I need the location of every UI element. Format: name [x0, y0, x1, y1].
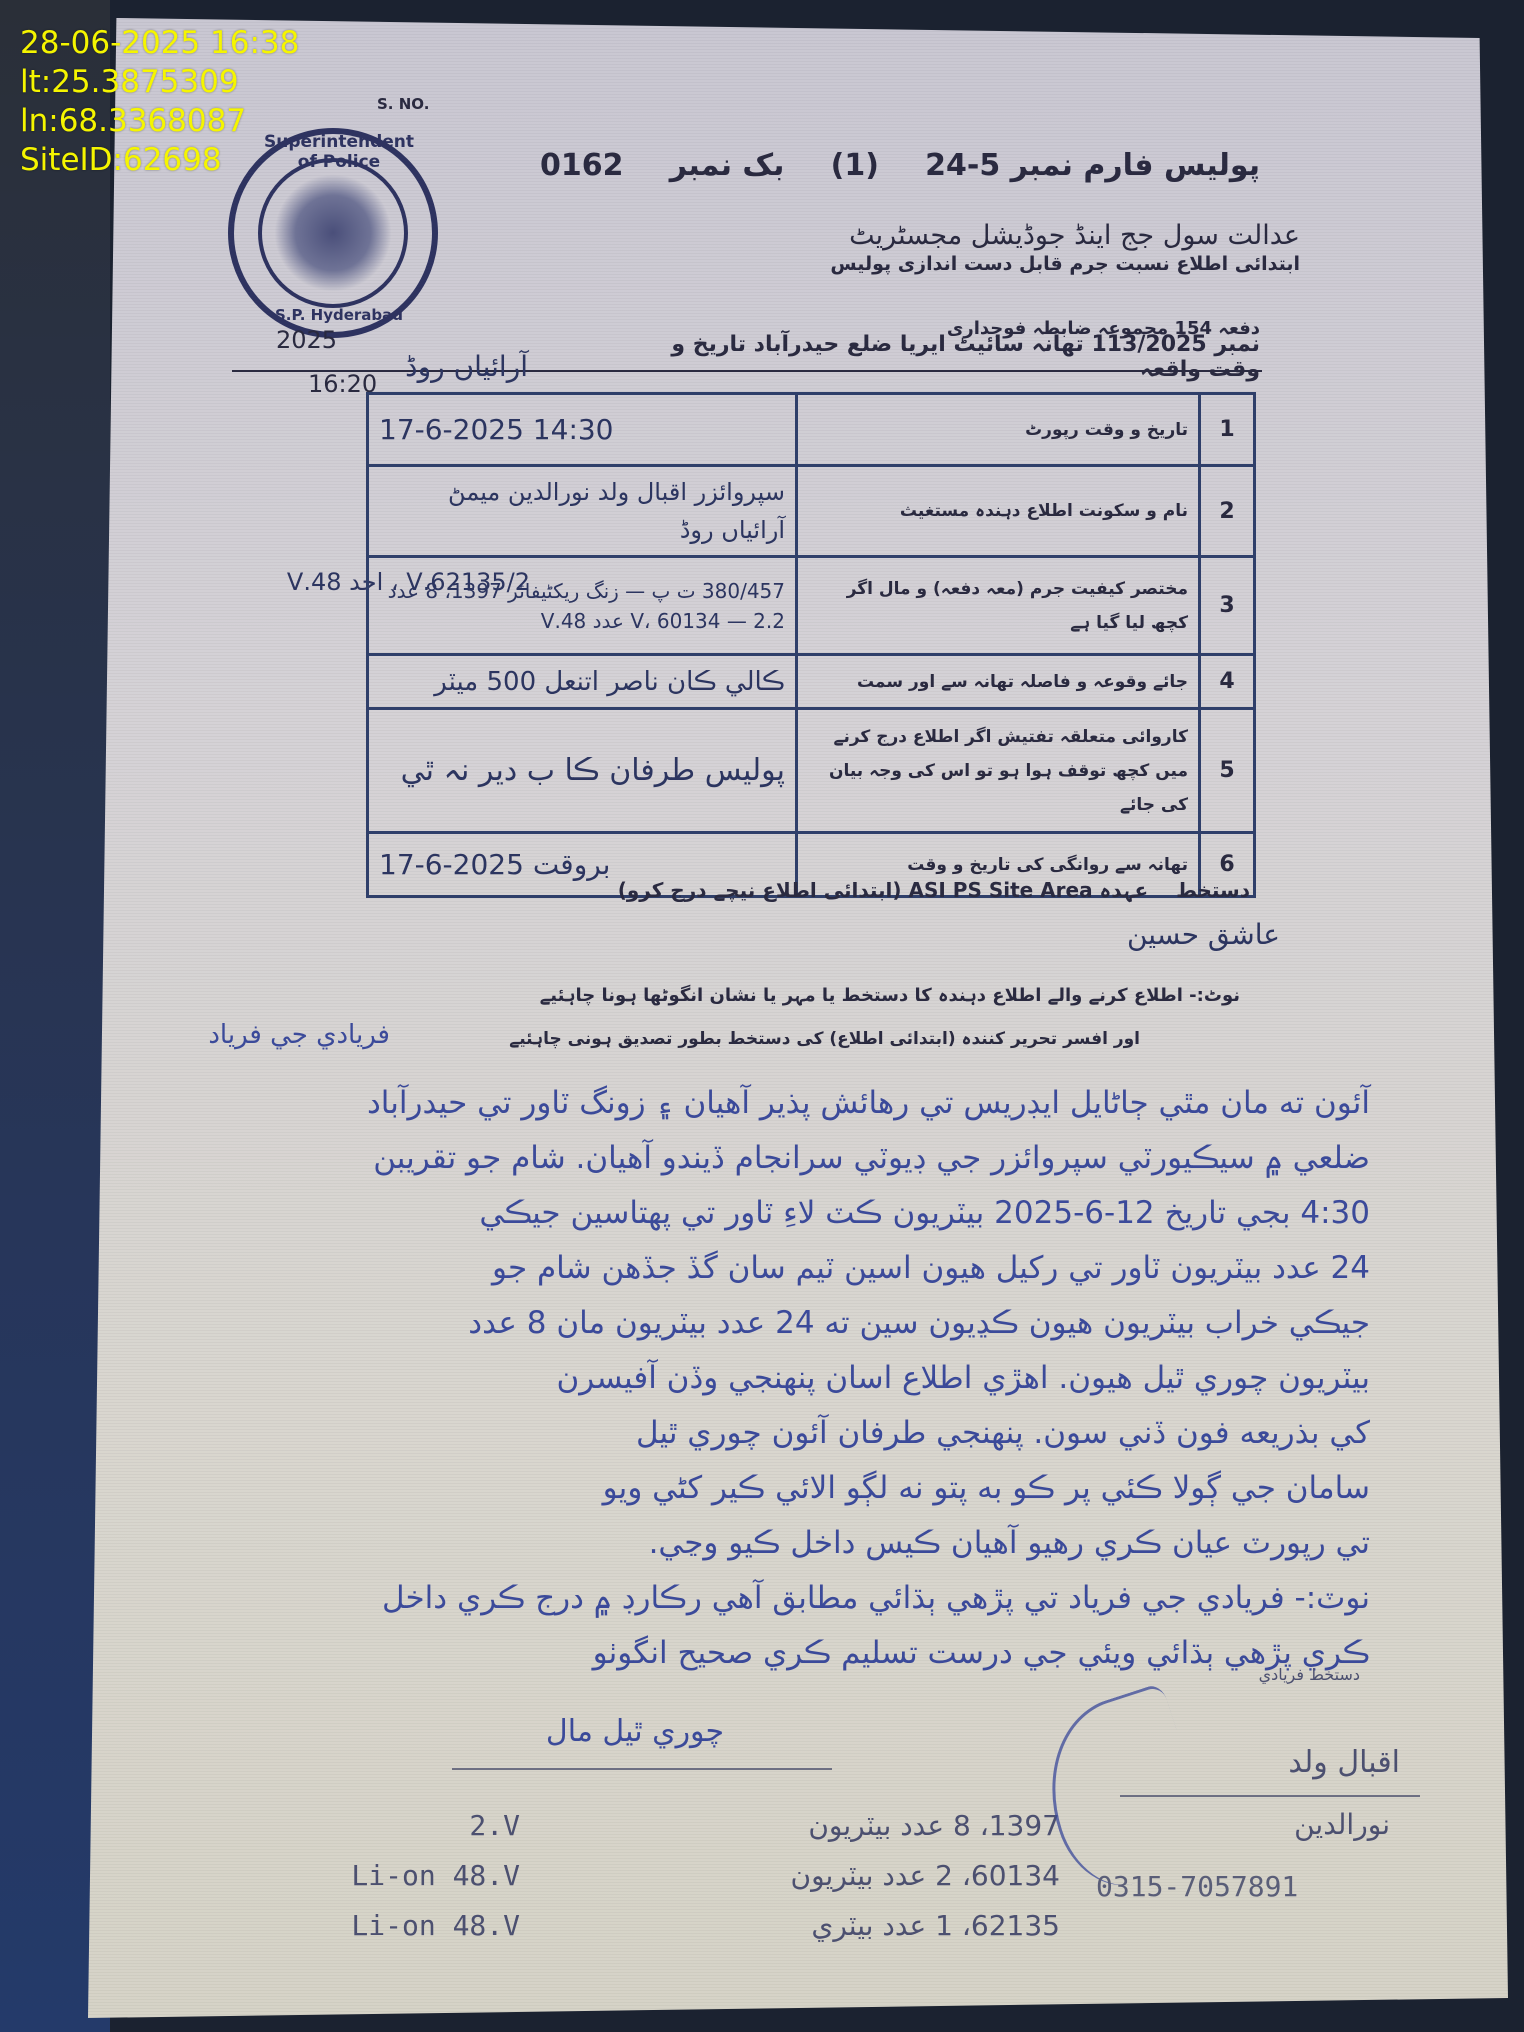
- stolen-property-title: چوري ٿيل مال: [470, 1714, 800, 1749]
- stolen-title-underline: [452, 1768, 832, 1770]
- officer-designation-row: دستخط عہدہ ASI PS Site Area (ابتدائی اطل…: [350, 878, 1250, 902]
- signature-rule: [1120, 1795, 1420, 1797]
- table-row: 5 کاروائی متعلقہ تفتیش اگر اطلاع درج کرن…: [368, 709, 1255, 833]
- officer-designation: عہدہ ASI PS Site Area (ابتدائی اطلاع نیچ…: [618, 878, 1149, 902]
- row-question: کاروائی متعلقہ تفتیش اگر اطلاع درج کرنے …: [797, 709, 1200, 833]
- item-spec: Li-on 48.V: [290, 1859, 540, 1892]
- signature-label: دستخط: [1176, 878, 1250, 902]
- statement-line: تي رپورٽ عيان ڪري رهيو آهيان ڪيس داخل ڪي…: [70, 1516, 1370, 1571]
- row-question: مختصر کیفیت جرم (معہ دفعہ) و مال اگر کچھ…: [797, 557, 1200, 655]
- signatory-name-line1: اقبال ولد: [1200, 1745, 1400, 1780]
- statement-line: ڪري پڙهي ٻڌائي ويئي جي درست تسليم ڪري صح…: [70, 1626, 1370, 1681]
- item-spec: Li-on 48.V: [290, 1909, 540, 1942]
- table-row: 2 نام و سکونت اطلاع دہندہ مستغیث سپروائز…: [368, 466, 1255, 557]
- statement-line: کي بذريعه فون ڏني سون. پنهنجي طرفان آئون…: [70, 1406, 1370, 1461]
- statement-line: سامان جي ڳولا ڪئي پر ڪو به پتو نه لڳو ال…: [70, 1461, 1370, 1516]
- register-line: نمبر 113/2025 تھانہ سائیٹ ایریا ضلع حیدر…: [640, 332, 1260, 382]
- officer-name: عاشق حسين: [1020, 918, 1280, 951]
- form-title-row: پولیس فارم نمبر 5-24 (1) بک نمبر 0162: [540, 148, 1260, 183]
- row-answer: ڪالي ڪان ناصر اتنعل 500 ميٽر: [368, 655, 797, 709]
- row-question: جائے وقوعہ و فاصلہ تھانہ سے اور سمت: [797, 655, 1200, 709]
- statement-line: نوٽ:- فريادي جي فرياد تي پڙهي ٻڌائي مطاب…: [70, 1571, 1370, 1626]
- complainant-statement: آئون ته مان مٿي ڄاڻايل ايڊريس تي رهائش پ…: [70, 1076, 1370, 1681]
- overlay-site-id: SiteID:62698: [20, 141, 299, 180]
- statement-line: بيٽريون چوري ٿيل هيون. اهڙي اطلاع اسان پ…: [70, 1351, 1370, 1406]
- serial-number-label: S. NO.: [377, 95, 429, 113]
- court-line: عدالت سول جج اینڈ جوڈیشل مجسٹریٹ: [500, 220, 1300, 251]
- note-line-2: اور افسر تحریر کنندہ (ابتدائی اطلاع) کی …: [380, 1028, 1140, 1049]
- row-answer: سپروائزر اقبال ولد نورالدین میمڻ آرائیاں…: [368, 466, 797, 557]
- statement-line: ضلعي ۾ سيڪيورٽي سپروائزر جي ڊيوٽي سرانجا…: [70, 1131, 1370, 1186]
- row-answer: پوليس طرفان ڪا ب دير نہ ٿي: [368, 709, 797, 833]
- table-row: 1 تاریخ و وقت رپورٹ 17-6-2025 14:30: [368, 394, 1255, 466]
- seal-text-bottom: S.P. Hyderabad: [254, 306, 424, 324]
- book-number: 0162: [540, 148, 624, 183]
- table-row: 4 جائے وقوعہ و فاصلہ تھانہ سے اور سمت ڪا…: [368, 655, 1255, 709]
- margin-note-row2: آرائیاں روڈ: [148, 350, 528, 383]
- row-number: 3: [1200, 557, 1255, 655]
- row-answer: 17-6-2025 14:30: [368, 394, 797, 466]
- row-number: 2: [1200, 466, 1255, 557]
- statement-line: جيڪي خراب بيٽريون هيون ڪڍيون سين ته 24 ع…: [70, 1296, 1370, 1351]
- table-row: 3 مختصر کیفیت جرم (معہ دفعہ) و مال اگر ک…: [368, 557, 1255, 655]
- statement-line: 4:30 بجي تاريخ 12-6-2025 بيٽريون ڪٽ لاءِ…: [70, 1186, 1370, 1241]
- item-description: 1397، 8 عدد بيٽريون: [540, 1809, 1060, 1842]
- statement-line: 24 عدد بيٽريون ٽاور تي رکيل هيون اسين ٽي…: [70, 1241, 1370, 1296]
- row-number: 5: [1200, 709, 1255, 833]
- statement-line: آئون ته مان مٿي ڄاڻايل ايڊريس تي رهائش پ…: [70, 1076, 1370, 1131]
- fir-table: 1 تاریخ و وقت رپورٹ 17-6-2025 14:30 2 نا…: [366, 392, 1256, 898]
- row-answer: 380/457 ت پ — زنگ ریکٹیفائر 1397، 8 عدد …: [368, 557, 797, 655]
- info-line: ابتدائی اطلاع نسبت جرم قابل دست اندازی پ…: [520, 253, 1300, 275]
- form-sub: (1): [831, 148, 879, 183]
- list-item: Li-on 48.V 62135، 1 عدد بيٽري: [290, 1900, 1330, 1950]
- overlay-longitude: ln:68.3368087: [20, 102, 299, 141]
- note-line-1: نوٹ:- اطلاع کرنے والے اطلاع دہندہ کا دست…: [380, 985, 1240, 1006]
- row-number: 4: [1200, 655, 1255, 709]
- row-question: نام و سکونت اطلاع دہندہ مستغیث: [797, 466, 1200, 557]
- form-title: پولیس فارم نمبر 5-24: [925, 148, 1260, 183]
- item-description: 62135، 1 عدد بيٽري: [540, 1909, 1060, 1942]
- complainant-signature-caption: دستخط فريادي: [1200, 1665, 1360, 1684]
- signatory-name-line2: نورالدين: [1200, 1808, 1390, 1841]
- row-question: تاریخ و وقت رپورٹ: [797, 394, 1200, 466]
- complainant-statement-label: فريادي جي فرياد: [90, 1020, 390, 1050]
- item-description: 60134، 2 عدد بيٽريون: [540, 1859, 1060, 1892]
- book-label: بک نمبر: [670, 148, 785, 183]
- signatory-phone: 0315-7057891: [1096, 1870, 1298, 1903]
- photo-geotag-overlay: 28-06-2025 16:38 lt:25.3875309 ln:68.336…: [20, 24, 299, 180]
- row-number: 1: [1200, 394, 1255, 466]
- overlay-latitude: lt:25.3875309: [20, 63, 299, 102]
- item-spec: 2.V: [290, 1809, 540, 1842]
- overlay-datetime: 28-06-2025 16:38: [20, 24, 299, 63]
